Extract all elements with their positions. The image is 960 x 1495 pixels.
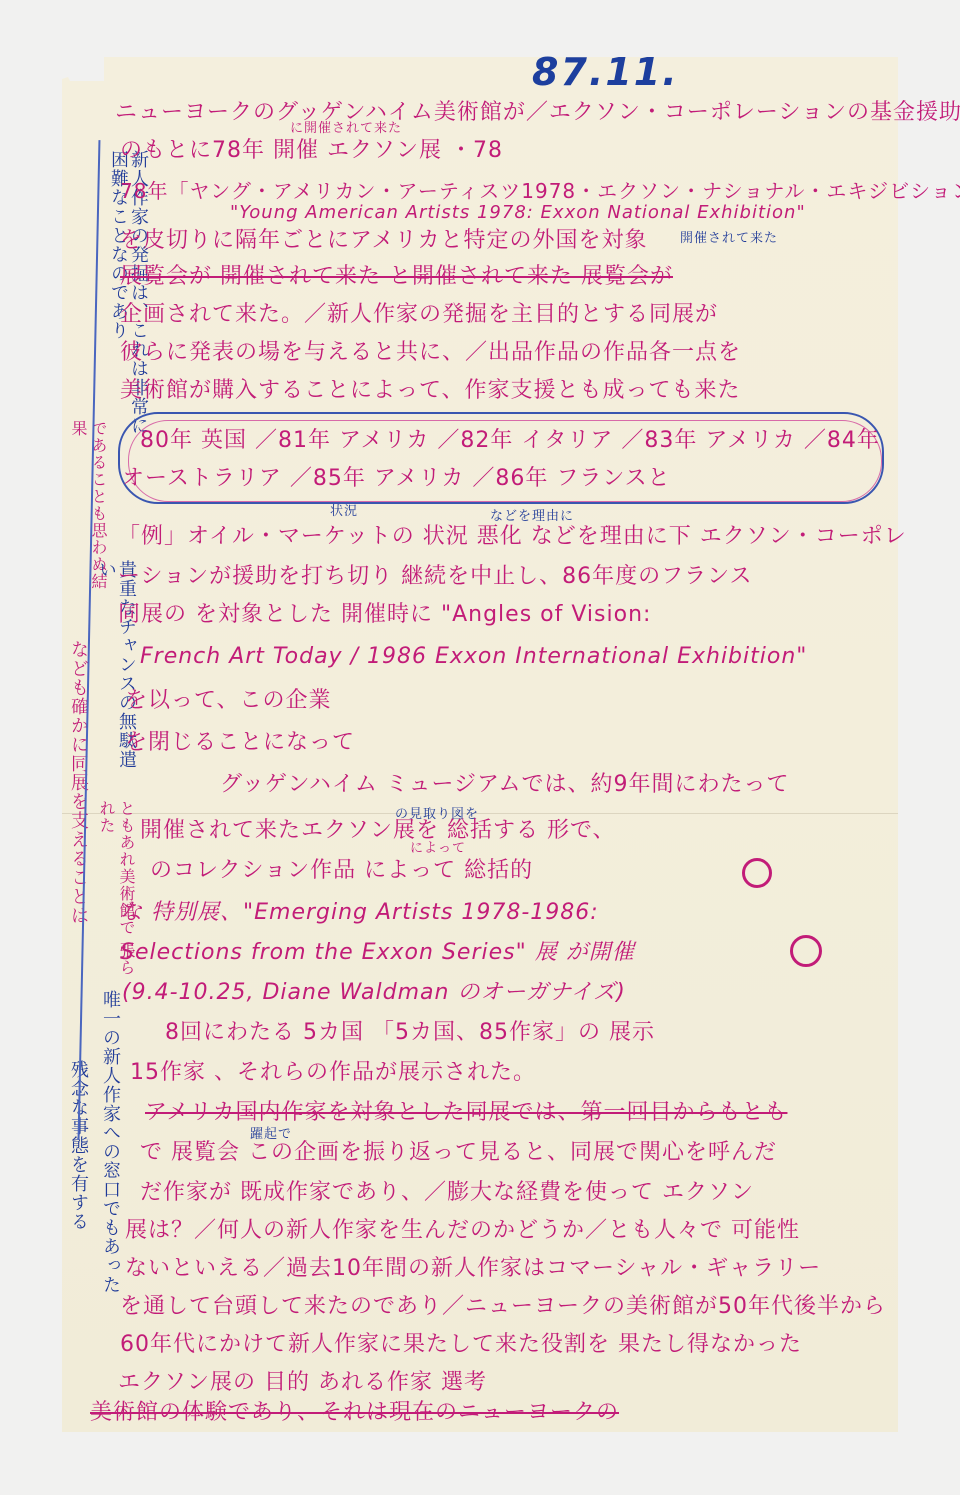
body-line-30: を通して台頭して来たのであり／ニューヨークの美術館が50年代後半から (120, 1294, 886, 1320)
body-line-21: Selections from the Exxon Series" 展 が開催 (120, 940, 635, 966)
scribble-mark-2 (790, 935, 822, 967)
body-line-23: 8回にわたる 5カ国 「5カ国、85作家」の 展示 (165, 1020, 655, 1046)
body-line-11: 「例」オイル・マーケットの 状況 悪化 などを理由に下 エクソン・コーポレ (118, 524, 907, 550)
body-line-9: 80年 英国 ／81年 アメリカ ／82年 イタリア ／83年 アメリカ ／84… (140, 428, 880, 454)
body-line-10: オーストラリア ／85年 アメリカ ／86年 フランスと (122, 466, 671, 492)
scribble-mark (742, 858, 772, 888)
insert-reason: などを理由に (490, 510, 574, 524)
insert-by: によって (410, 842, 466, 856)
body-line-3b: "Young American Artists 1978: Exxon Nati… (230, 200, 806, 226)
body-line-31: 60年代にかけて新人作家に果たして来た役割を 果たし得なかった (120, 1332, 802, 1358)
body-line-16: を閉じることになって (125, 730, 355, 756)
body-line-20: な 特別展、"Emerging Artists 1978-1986: (120, 900, 599, 926)
body-line-29: ないといえる／過去10年間の新人作家はコマーシャル・ギャラリー (125, 1256, 821, 1282)
body-line-13: 同展の を対象とした 開催時に "Angles of Vision: (118, 602, 651, 628)
body-line-14: French Art Today / 1986 Exxon Internatio… (140, 644, 807, 670)
body-line-25: アメリカ国内作家を対象とした同展では、第一回目からもとも (145, 1100, 787, 1126)
date-stamp: 87.11. (532, 50, 679, 94)
insert-oil: 状況 (330, 505, 358, 519)
body-line-28: 展は？／何人の新人作家を生んだのかどうか／とも人々で 可能性 (125, 1218, 800, 1244)
body-line-18: 開催されて来たエクソン展を 総括する 形で、 (140, 818, 616, 844)
body-line-4: を皮切りに隔年ごとにアメリカと特定の外国を対象 (120, 228, 647, 254)
paper-fold-line (62, 813, 898, 814)
body-line-33: 美術館の体験であり、それは現在のニューヨークの (90, 1400, 619, 1426)
margin-note-6: 唯一の新人作家への窓口でもあった (100, 990, 120, 1310)
body-line-1: ニューヨークのグッゲンハイム美術館が／エクソン・コーポレーションの基金援助 (115, 100, 960, 126)
body-line-32: エクソン展の 目的 あれる作家 選考 (118, 1370, 487, 1396)
body-line-19: のコレクション作品 によって 総括的 (150, 858, 533, 884)
insert-line-5: 開催されて来た (680, 232, 778, 246)
insert-line-2: に開催されて来た (290, 122, 402, 136)
body-line-17: グッゲンハイム ミュージアムでは、約9年間にわたって (220, 772, 790, 798)
body-line-12: ーションが援助を打ち切り 継続を中止し、86年度のフランス (118, 564, 752, 590)
body-line-22: (9.4-10.25, Diane Waldman のオーガナイズ) (122, 980, 626, 1006)
body-line-27: だ作家が 既成作家であり、／膨大な経費を使って エクソン (140, 1180, 754, 1206)
body-line-6: 企画されて来た。／新人作家の発掘を主目的とする同展が (120, 302, 718, 328)
body-line-24: 15作家 、それらの作品が展示された。 (130, 1060, 536, 1086)
body-line-15: を以って、この企業 (125, 688, 332, 714)
body-line-5: 展覧会が 開催されて来た と開催されて来た 展覧会が (120, 264, 673, 290)
body-line-7: 彼らに発表の場を与えると共に、／出品作品の作品各一点を (120, 340, 741, 366)
body-line-2: のもとに78年 開催 エクソン展 ・78 (120, 138, 503, 164)
body-line-26: で 展覧会 この企画を振り返って見ると、同展で関心を呼んだ (140, 1140, 777, 1166)
body-line-8: 美術館が購入することによって、作家支援とも成っても来た (120, 378, 741, 404)
